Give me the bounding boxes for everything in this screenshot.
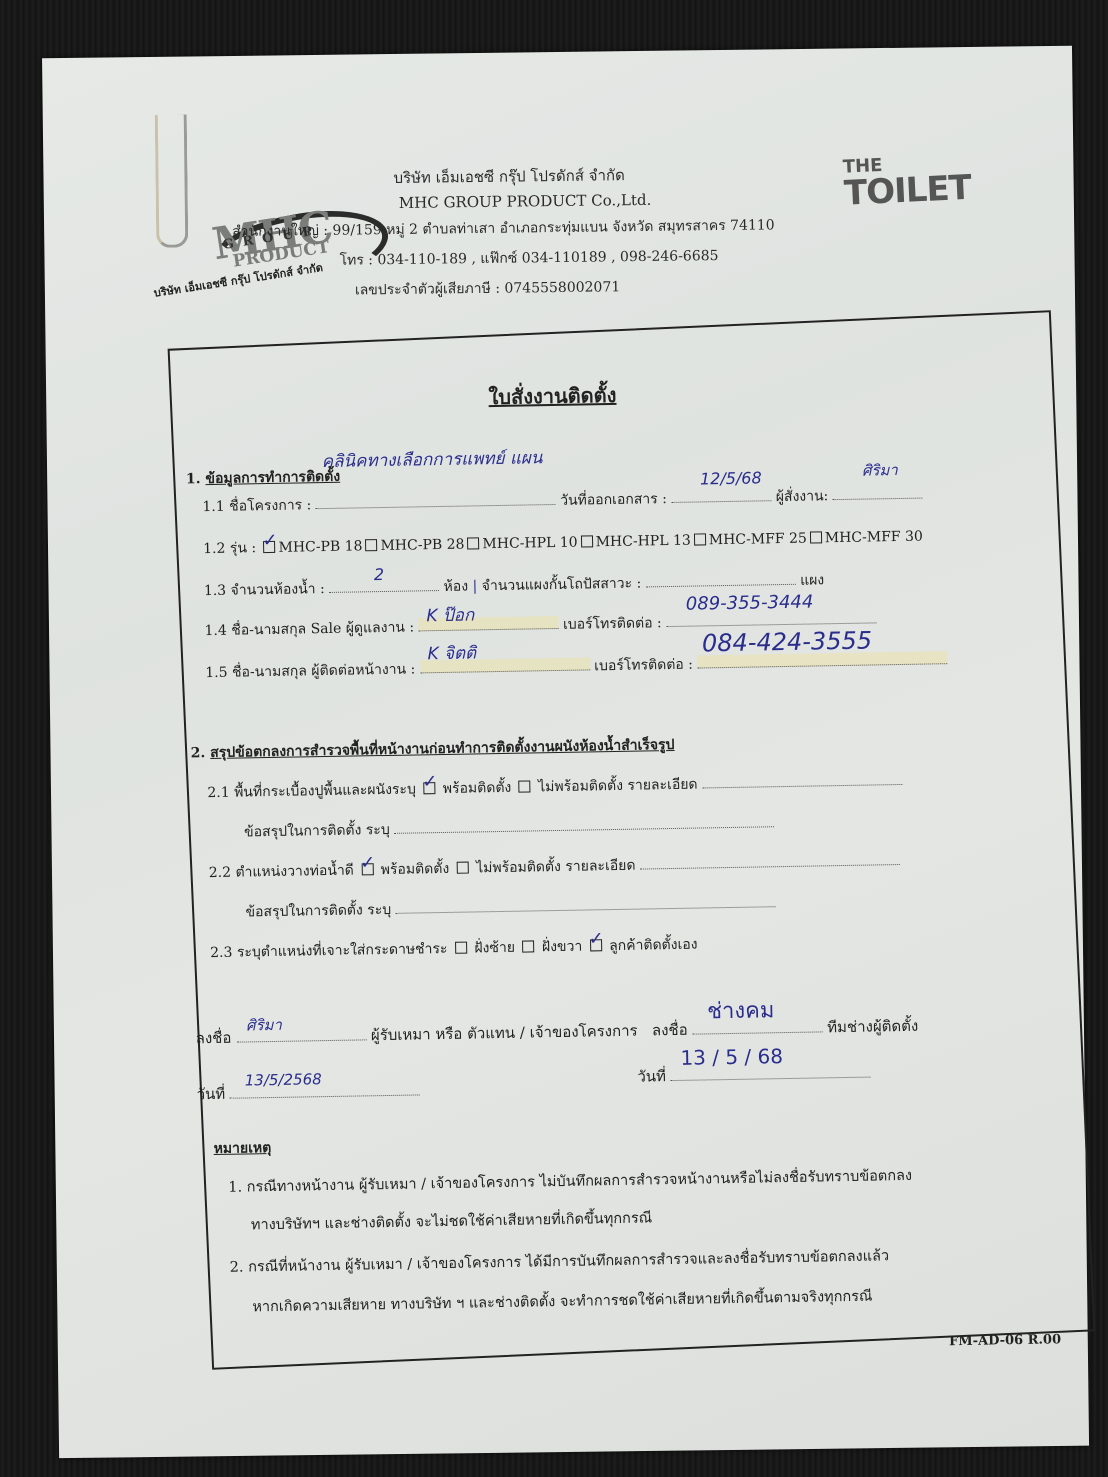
form-code: FM-AD-06 R.00 (949, 1332, 1061, 1349)
model-label: 1.2 รุ่น : (203, 540, 256, 557)
section2-title: สรุปข้อตกลงการสำรวจพื้นที่หน้างานก่อนทำก… (210, 737, 675, 761)
site-phone-field[interactable]: 084-424-3555 (697, 651, 947, 668)
sale-field[interactable]: K ป๊อก (418, 616, 558, 631)
item23-right-checkbox[interactable] (522, 940, 534, 952)
sale-phone-label: เบอร์โทรติดต่อ : (563, 615, 662, 633)
item23-left-label: ฝั่งซ้าย (474, 940, 515, 957)
item23-customer-label: ลูกค้าติดตั้งเอง (609, 937, 698, 955)
installer-date-value: 13 / 5 / 68 (680, 1044, 783, 1070)
item21-summary-field[interactable] (394, 814, 774, 834)
company-name-th: บริษัท เอ็มเอชซี กรุ๊ป โปรดักส์ จำกัด (393, 163, 625, 190)
installer-sign-label: ลงชื่อ (652, 1021, 688, 1040)
model-option-label: MHC-PB 18 (278, 538, 362, 555)
issue-date-label: วันที่ออกเอกสาร : (560, 491, 667, 509)
contractor-signature: ศิริมา (246, 1013, 282, 1038)
item21-not-ready-label: ไม่พร้อมติดตั้ง (538, 778, 623, 795)
item22-not-ready-checkbox[interactable] (457, 862, 469, 874)
project-label: 1.1 ชื่อโครงการ : (202, 497, 311, 515)
item22-label: 2.2 ตำแหน่งวางท่อน้ำดี (209, 863, 354, 882)
brand-logo-bottom: TOILET (843, 171, 971, 211)
item22-detail-label: รายละเอียด (565, 858, 635, 875)
model-checkbox[interactable] (810, 531, 822, 543)
model-options: MHC-PB 18MHC-PB 28MHC-HPL 10MHC-HPL 13MH… (260, 529, 923, 557)
item21-detail-field[interactable] (702, 772, 902, 788)
ordered-by-label: ผู้สั่งงาน: (776, 488, 829, 505)
installer-date-row: วันที่ 13 / 5 / 68 (637, 1061, 871, 1089)
model-option-label: MHC-PB 28 (380, 537, 464, 554)
contractor-sign-label: ลงชื่อ (196, 1029, 232, 1048)
item21-ready-label: พร้อมติดตั้ง (443, 780, 512, 797)
site-contact-label: 1.5 ชื่อ-นามสกุล ผู้ติดต่อหน้างาน : (205, 661, 415, 681)
model-option-label: MHC-HPL 10 (482, 535, 577, 553)
site-phone-label: เบอร์โทรติดต่อ : (594, 657, 693, 675)
ordered-by-value[interactable]: ศิริมา (862, 458, 898, 483)
section1-number: 1. (186, 471, 201, 487)
rooms-unit: ห้อง (443, 579, 468, 595)
project-name-value[interactable]: คลินิคทางเลือกการแพทย์ แผน (321, 444, 542, 475)
site-contact-field[interactable]: K จิตติ (420, 657, 590, 673)
item21-row: 2.1 พื้นที่กระเบื้องปูพื้นและผนังระบุ พร… (207, 770, 902, 804)
rooms-value: 2 (374, 565, 385, 584)
section1-title: ข้อมูลการทำการติดตั้ง (205, 469, 340, 487)
item21-detail-label: รายละเอียด (627, 777, 697, 794)
paper-sheet: MHC GROUP PRODUCT บริษัท เอ็มเอชซี กรุ๊ป… (42, 46, 1089, 1458)
item23-customer-checkbox[interactable] (590, 939, 602, 951)
sale-label: 1.4 ชื่อ-นามสกุล Sale ผู้ดูแลงาน : (204, 619, 414, 639)
installer-role: ทีมช่างผู้ติดตั้ง (827, 1017, 918, 1037)
item21-ready-checkbox[interactable] (423, 782, 435, 794)
installer-date-label: วันที่ (637, 1067, 666, 1085)
item22-not-ready-label: ไม่พร้อมติดตั้ง (476, 859, 561, 876)
the-toilet-logo: THE TOILET (842, 153, 971, 211)
contractor-date-field[interactable]: 13/5/2568 (230, 1082, 420, 1098)
project-row: 1.1 ชื่อโครงการ : วันที่ออกเอกสาร : ผู้ส… (202, 484, 923, 519)
partition-label: จำนวนแผงกั้นโถปัสสาวะ : (482, 575, 642, 594)
rooms-label: 1.3 จำนวนห้องน้ำ : (204, 581, 325, 599)
item22-summary-row: ข้อสรุปในการติดตั้ง ระบุ (245, 892, 775, 923)
contractor-sign-field[interactable]: ศิริมา (236, 1027, 366, 1042)
model-checkbox[interactable] (365, 539, 377, 551)
site-contact-value: K จิตติ (427, 639, 476, 667)
item21-not-ready-checkbox[interactable] (519, 780, 531, 792)
note-2-line2: หากเกิดความเสียหาย ทางบริษัท ฯ และช่างติ… (252, 1285, 872, 1319)
section2-number: 2. (191, 745, 206, 761)
contractor-sign-row: ลงชื่อ ศิริมา ผู้รับเหมา หรือ ตัวแทน / เ… (195, 1014, 918, 1051)
project-field[interactable] (316, 492, 556, 509)
notes-title: หมายเหตุ (213, 1137, 271, 1160)
installer-signature: ช่างคม (707, 992, 775, 1028)
partition-unit: แผง (800, 572, 824, 588)
ordered-by-field[interactable] (833, 486, 923, 501)
item22-detail-field[interactable] (640, 852, 900, 870)
model-row: 1.2 รุ่น : MHC-PB 18MHC-PB 28MHC-HPL 10M… (203, 526, 923, 561)
issue-date-field[interactable] (671, 488, 771, 503)
divider-mark: | (472, 578, 477, 594)
installer-sign-field[interactable]: ช่างคม (692, 1019, 822, 1034)
site-phone-value: 084-424-3555 (702, 626, 872, 657)
item23-row: 2.3 ระบุตำแหน่งที่เจาะใส่กระดาษชำระ ฝั่ง… (210, 934, 698, 965)
item22-ready-label: พร้อมติดตั้ง (381, 861, 450, 878)
installation-form: ใบสั่งงานติดตั้ง 1. ข้อมูลการทำการติดตั้… (168, 310, 1096, 1370)
item23-label: 2.3 ระบุตำแหน่งที่เจาะใส่กระดาษชำระ (210, 941, 448, 961)
partition-field[interactable] (646, 572, 796, 588)
model-checkbox[interactable] (694, 533, 706, 545)
item21-summary-row: ข้อสรุปในการติดตั้ง ระบุ (244, 812, 774, 843)
section2-heading: 2. สรุปข้อตกลงการสำรวจพื้นที่หน้างานก่อน… (191, 734, 675, 764)
item23-left-checkbox[interactable] (455, 942, 467, 954)
site-contact-row: 1.5 ชื่อ-นามสกุล ผู้ติดต่อหน้างาน : K จิ… (205, 649, 947, 684)
company-phone: โทร : 034-110-189 , แฟ๊กซ์ 034-110189 , … (339, 245, 718, 272)
section1-heading: 1. ข้อมูลการทำการติดตั้ง (186, 466, 341, 491)
rooms-field[interactable]: 2 (329, 578, 439, 593)
note-1-line2: ทางบริษัทฯ และช่างติดตั้ง จะไม่ชดใช้ค่าเ… (251, 1206, 653, 1236)
company-tax-id: เลขประจำตัวผู้เสียภาษี : 0745558002071 (355, 276, 621, 301)
item21-summary-label: ข้อสรุปในการติดตั้ง ระบุ (244, 822, 390, 841)
item23-right-label: ฝั่งขวา (542, 939, 583, 956)
model-option-label: MHC-MFF 25 (709, 531, 807, 549)
model-option-label: MHC-MFF 30 (825, 529, 923, 547)
company-name-en: MHC GROUP PRODUCT Co.,Ltd. (399, 191, 652, 212)
model-checkbox[interactable] (467, 537, 479, 549)
note-2-line1: 2. กรณีที่หน้างาน ผู้รับเหมา / เจ้าของโค… (229, 1244, 889, 1279)
sale-phone-field[interactable]: 089-355-3444 (666, 610, 876, 627)
contractor-date-label: วันที่ (197, 1085, 226, 1103)
sale-phone-value: 089-355-3444 (686, 591, 814, 614)
model-option-label: MHC-HPL 13 (596, 533, 691, 551)
model-checkbox[interactable] (263, 541, 275, 553)
item22-row: 2.2 ตำแหน่งวางท่อน้ำดี พร้อมติดตั้ง ไม่พ… (209, 850, 900, 884)
contractor-date-row: วันที่ 13/5/2568 (196, 1078, 420, 1106)
form-title: ใบสั่งงานติดตั้ง (488, 379, 616, 413)
item22-ready-checkbox[interactable] (361, 863, 373, 875)
installer-date-field[interactable]: 13 / 5 / 68 (671, 1065, 871, 1081)
note-1-line1: 1. กรณีทางหน้างาน ผู้รับเหมา / เจ้าของโค… (228, 1164, 912, 1199)
model-checkbox[interactable] (581, 535, 593, 547)
item22-summary-field[interactable] (395, 894, 775, 914)
contractor-role: ผู้รับเหมา หรือ ตัวแทน / เจ้าของโครงการ (371, 1022, 638, 1045)
item21-label: 2.1 พื้นที่กระเบื้องปูพื้นและผนังระบุ (207, 781, 416, 801)
issue-date-value[interactable]: 12/5/68 (700, 468, 762, 488)
item22-summary-label: ข้อสรุปในการติดตั้ง ระบุ (245, 902, 391, 921)
sale-value: K ป๊อก (426, 601, 474, 629)
contractor-date-value: 13/5/2568 (245, 1070, 322, 1089)
